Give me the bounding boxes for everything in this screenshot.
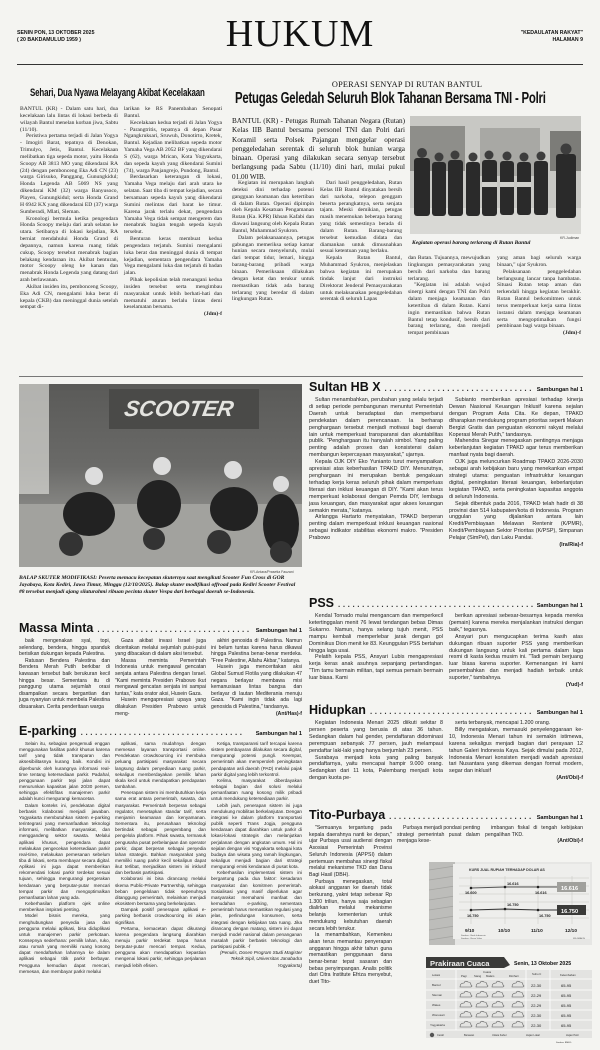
chart-credit: KR-GRAFIS [573,937,585,940]
chart-point-label: 16.616 [535,891,547,895]
tito-paragraph: Ia menambahkan, Kemenkeu akan terus mema… [309,932,392,986]
weather-temp: 22-30 [531,1013,542,1018]
rutan-photo [410,116,581,234]
weather-temp: 22-29 [531,1003,542,1008]
tito-paragraph: imbangan fiskal di tengah kebijakan peng… [485,825,583,838]
eparking-paragraph: Dampak positif penerapan aplikasi e-park… [115,907,206,925]
rutan-col-3: dan Rutan. Tujuannya, mewujudkan lingkun… [408,255,490,337]
col-pagi: Pagi [461,974,467,978]
col-dinihari: Dinihari [509,974,519,978]
pss-title: PSS [309,596,334,610]
chart-point-label: 16.750 [467,914,479,918]
sultan-paragraph: Sultan menambahkan, perubahan yang selal… [309,397,443,459]
massa-paragraph: Husein juga menceritakan aksi Global Sum… [211,664,302,710]
rutan-paragraph: "Kegiatan ini adalah wujud sinergi kami … [408,282,490,337]
eparking-col-2: aplikasi, sama mudahnya dengan memesan l… [115,741,206,969]
leader-dots: .................................. [389,812,533,821]
rutan-signature: (Jdm)-f [497,330,581,337]
sultan-col-1: Sultan menambahkan, perubahan yang selal… [309,397,443,542]
weather-temp: 22-29 [531,993,542,998]
rutan-kicker: OPERASI SENYAP DI RUTAN BANTUL [232,80,582,89]
weather-title: Prakiraan Cuaca [430,959,490,968]
pss-signature: (Yud)-f [449,682,583,689]
eparking-paragraph: Kelima, masyarakat diberdayakan sebagai … [211,778,302,803]
hidupkan-paragraph: Billy mengatakan, memasuki penyelenggara… [449,727,583,775]
chart-latest-value-bi: 16.616 [561,886,578,892]
tito-header: Tito-Purbaya ...........................… [309,808,583,822]
eparking-header: E-parking ..............................… [19,724,302,738]
massa-paragraph: Ratusan Bendera Palestina dan Bendera Me… [19,658,110,711]
hidupkan-paragraph: Surabaya menjadi kota yang paling banyak… [309,755,443,783]
massa-paragraph: Massa meminta Pemerintah Indonesia untuk… [115,658,206,698]
weather-forecast: Prakiraan Cuaca Senin, 13 Oktober 2025 L… [426,955,596,1050]
pss-paragraph: Ansyari pun mengucapkan terima kasih ata… [449,634,583,682]
pss-paragraph: Pelatih kepala PSS, Ansyari Lubis mengap… [309,654,443,682]
weather-humidity: 65-95 [561,993,572,998]
pss-paragraph: Kendal Tornado mulai mengancam dan mempe… [309,613,443,654]
tito-col-1: "Semuanya tergantung pada kepala daerahn… [309,825,392,986]
chart-x-tick: 11/10 [531,928,543,934]
chart-x-tick: 10/10 [498,928,510,934]
weather-source: Sumber: BMKG [556,1041,572,1044]
leader-dots: ....................................... [385,384,533,393]
scooter-photo-credit: KR-Antara/Prasetia Fauzani [250,570,294,574]
scooter-photo: SCOOTER [19,384,302,567]
weather-location: Bantul [432,983,441,987]
hidupkan-paragraph: Kegiatan Indonesia Menari 2025 diikuti s… [309,720,443,755]
hidupkan-col-2: serta terbanyak, mencapai 1.200 orang. B… [449,720,583,782]
section-title: HUKUM [0,14,600,54]
tito-col-2: Purbaya menjadi pondasi penting strategi… [397,825,480,845]
weather-temp: 22-30 [531,1023,542,1028]
rutan-paragraph: Pelaksanaan penggeledahan berlangsung la… [497,269,581,331]
legend-udara-kabur: Udara Kabur [492,1033,507,1037]
rutan-headline: Petugas Geledah Seluruh Blok Tahanan Ber… [235,90,487,108]
rutan-paragraph: Kepala Rutan Bantul, Muhammad Syukron, m… [320,255,402,303]
rutan-col-4: yang aman bagi seluruh warga binaan," uj… [497,255,581,337]
tito-paragraph: "Semuanya tergantung pada kepala daerahn… [309,825,392,879]
eparking-paragraph: Penerapan sistem ini membutuhkan kerja s… [115,790,206,876]
chart-point-label: 16.750 [539,914,551,918]
col-suhu: Suhu C [532,972,541,976]
eparking-col-3: Ketiga, transparansi tarif tercapai kare… [211,741,302,969]
scooter-banner-text: SCOOTER [122,396,235,421]
accident-col-1: BANTUL (KR) - Dalam satu hari, dua kecel… [20,106,118,311]
eparking-paragraph: Keberhasilan implementasi sistem ini ber… [211,870,302,950]
exchange-rate-chart: KURS JUAL RUPIAH TERHADAP DOLAR AS 16.60… [429,862,592,945]
rutan-col-1: Kegiatan ini merupakan langkah deteksi d… [232,180,314,303]
sultan-title: Sultan HB X [309,380,381,394]
scooter-photo-caption: BALAP SKUTER MODIFIKASI: Peserta memacu … [19,575,302,596]
legend-berawan: Berawan [464,1033,475,1037]
accident-paragraph: Berdasarkan keterangan di lokasi, Yamaha… [124,174,222,236]
accident-paragraph: Peristiwa pertama terjadi di Jalan Yogya… [20,133,118,215]
massa-paragraph: Gaza akibat invasi Israel juga diceritak… [115,638,206,658]
col-kelembaban: Kelembaban [560,973,576,977]
hidupkan-continuation: Sambungan hal 1 [537,710,583,716]
chart-source: Sumber : Bank Indonesia [461,934,486,937]
chart-point-label: 16.750 [507,903,519,907]
hidupkan-signature: (Ant/Obi)-f [449,775,583,782]
weather-humidity: 65-95 [561,1013,572,1018]
sultan-paragraph: Subianto memberikan apresiasi terhadap k… [449,397,583,438]
pss-col-1: Kendal Tornado mulai mengancam dan mempe… [309,613,443,682]
chart-x-tick: 9/10 [465,928,475,934]
hidupkan-col-1: Kegiatan Indonesia Menari 2025 diikuti s… [309,720,443,782]
tito-continuation: Sambungan hal 1 [537,815,583,821]
leader-dots: ........................................… [338,600,533,609]
chart-point-label: 16.600 [465,891,477,895]
tito-paragraph: Purbaya menjadi pondasi penting strategi… [397,825,480,845]
accident-paragraph: BANTUL (KR) - Dalam satu hari, dua kecel… [20,106,118,133]
weather-date: Senin, 13 Oktober 2025 [514,961,571,967]
weather-location: Sleman [432,993,443,997]
sultan-paragraph: Kepala OJK DIY Eko Yunianto turut menyam… [309,459,443,514]
eparking-paragraph: Ketiga, transparansi tarif tercapai kare… [211,741,302,778]
section-divider [19,376,583,377]
sultan-paragraph: Mahendra Siregar menegaskan pentingnya m… [449,438,583,459]
tito-title: Tito-Purbaya [309,808,385,822]
legend-cerah: Cerah [437,1033,445,1037]
legend-hujan-lokal: Hujan Lokal [526,1033,540,1037]
massa-signature: (Ant/Has)-f [211,711,302,718]
massa-paragraph: Husein mengapresiasi upaya yang dilakuka… [115,697,206,717]
sultan-paragraph: Airlangga Hartarto menyatakan, TPAKD ber… [309,514,443,542]
accident-paragraph: Akibat insiden itu, pembonceng Scoopy, E… [20,284,118,311]
chart-point-label: 16.616 [507,882,519,886]
pss-paragraph: berikan apresiasi sebesar-besarnya kepad… [449,613,583,634]
weather-location: Wates [432,1003,441,1007]
eparking-col-1: Selain itu, sebagian pengemudi enggan me… [19,741,110,975]
col-location: Lokasi [432,973,440,977]
eparking-paragraph: Kolaborasi ini bisa dirancang melalui sk… [115,876,206,907]
massa-col-1: baik mengenakan syal, topi, selendang, b… [19,638,110,711]
hidupkan-title: Hidupkan [309,703,366,717]
hidupkan-paragraph: serta terbanyak, mencapai 1.200 orang. [449,720,583,727]
sultan-paragraph: OJK juga meluncurkan Roadmap TPAKD 2026-… [449,459,583,500]
eparking-paragraph: aplikasi, sama mudahnya dengan memesan l… [115,741,206,790]
massa-col-3: akhiri genosida di Palestina. Namun ini … [211,638,302,717]
page-number: HALAMAN 9 [521,37,583,44]
rutan-lead: BANTUL (KR) - Petugas Rumah Tahanan Nega… [232,117,405,182]
eparking-paragraph: Model bisnis mereka, yang menghubungkan … [19,913,110,975]
weather-temp: 22-30 [531,983,542,988]
eparking-continuation: Sambungan hal 1 [256,731,302,737]
pss-continuation: Sambungan hal 1 [537,603,583,609]
leader-dots: ........................................… [370,707,533,716]
sultan-col-2: Subianto memberikan apresiasi terhadap k… [449,397,583,549]
massa-col-2: Gaza akibat invasi Israel juga diceritak… [115,638,206,717]
chart-title: KURS JUAL RUPIAH TERHADAP DOLAR AS [469,868,545,872]
accident-headline: Sehari, Dua Nyawa Melayang Akibat Kecela… [30,87,160,99]
col-malam: Malam [486,974,495,978]
leader-dots: .................................. [81,728,252,737]
massa-paragraph: akhiri genosida di Palestina. Namun ini … [211,638,302,664]
pss-header: PSS ....................................… [309,596,583,610]
eparking-paragraph: Pertama, kemacetan dapat dikurangi karen… [115,926,206,969]
rutan-paragraph: Dari hasil penggeledahan, Rutan Kelas II… [320,180,402,255]
tito-paragraph: Purbaya menegaskan, total alokasi anggar… [309,879,392,933]
accident-paragraph: Kronologi bermula ketika pengendara Hond… [20,216,118,284]
rutan-paragraph: Kegiatan ini merupakan langkah deteksi d… [232,180,314,235]
hidupkan-header: Hidupkan ...............................… [309,703,583,717]
rutan-paragraph: dan Rutan. Tujuannya, mewujudkan lingkun… [408,255,490,282]
officers-lineup-image [410,116,581,234]
scooter-race-image: SCOOTER [19,384,302,567]
sultan-paragraph: Sejak dibentuk pada 2016, TPAKD telah ha… [449,501,583,542]
massa-header: Massa Minta ............................… [19,621,302,635]
weather-location: Yogyakarta [430,1023,445,1027]
sultan-continuation: Sambungan hal 1 [537,387,583,393]
massa-paragraph: baik mengenakan syal, topi, selendang, b… [19,638,110,658]
massa-continuation: Sambungan hal 1 [256,628,302,634]
chart-source: Sumber : Bursa Valas [461,937,483,940]
tito-col-3: imbangan fiskal di tengah kebijakan peng… [485,825,583,845]
masthead-rule [17,64,583,65]
eparking-paragraph: Dalam konteks ini, pendekatan digital be… [19,803,110,902]
col-siang: Siang [474,974,482,978]
eparking-author-note: (Penulis, Dosen Program Studi Magister T… [211,950,302,968]
weather-table: Prakiraan Cuaca Senin, 13 Oktober 2025 L… [426,955,596,1050]
accident-paragraph: Benturan keras membuat kedua pengendara … [124,236,222,277]
rutan-paragraph: yang aman bagi seluruh warga binaan," uj… [497,255,581,269]
sun-icon [430,1033,434,1037]
paper-name: "KEDAULATAN RAKYAT" [521,30,583,37]
chart-x-tick: 12/10 [565,928,577,934]
accident-paragraph: larikan ke RS Panembahan Senopati Bantul… [124,106,222,120]
eparking-paragraph: Selain itu, sebagian pengemudi enggan me… [19,741,110,803]
accident-col-2: larikan ke RS Panembahan Senopati Bantul… [124,106,222,318]
chart-latest-value-valas: 16.750 [561,909,578,915]
rutan-paragraph: Dalam pelaksanaannya, petugas gabungan m… [232,235,314,303]
accident-signature: (Jdm)-f [124,311,222,318]
accident-paragraph: Pihak kepolisian telah menangani kedua i… [124,277,222,311]
eparking-paragraph: Lebih jauh, penerapan sistem ini juga me… [211,803,302,871]
sultan-header: Sultan HB X ............................… [309,380,583,394]
rutan-photo-caption: Kegiatan operasi barang terlarang di Rut… [412,240,582,247]
weather-humidity: 65-95 [561,1003,572,1008]
massa-title: Massa Minta [19,621,93,635]
weather-location: Wonosari [432,1013,445,1017]
legend-hujan-petir: Hujan Petir [566,1033,579,1037]
pss-col-2: berikan apresiasi sebesar-besarnya kepad… [449,613,583,689]
leader-dots: .................................. [97,625,251,634]
sultan-signature: (Ira/Ria)-f [449,542,583,549]
rutan-col-2: Dari hasil penggeledahan, Rutan Kelas II… [320,180,402,303]
eparking-paragraph: Keberhasilan platform ojek online member… [19,901,110,913]
weather-humidity: 65-95 [561,983,572,988]
tito-signature: (Ant/Obi)-f [485,838,583,845]
eparking-title: E-parking [19,724,77,738]
weather-humidity: 65-95 [561,1023,572,1028]
masthead-paper: "KEDAULATAN RAKYAT" HALAMAN 9 [521,30,583,44]
accident-paragraph: Kecelakaan kedua terjadi di Jalan Yogya … [124,120,222,175]
exchange-rate-graphic: KURS JUAL RUPIAH TERHADAP DOLAR AS 16.60… [429,862,592,945]
